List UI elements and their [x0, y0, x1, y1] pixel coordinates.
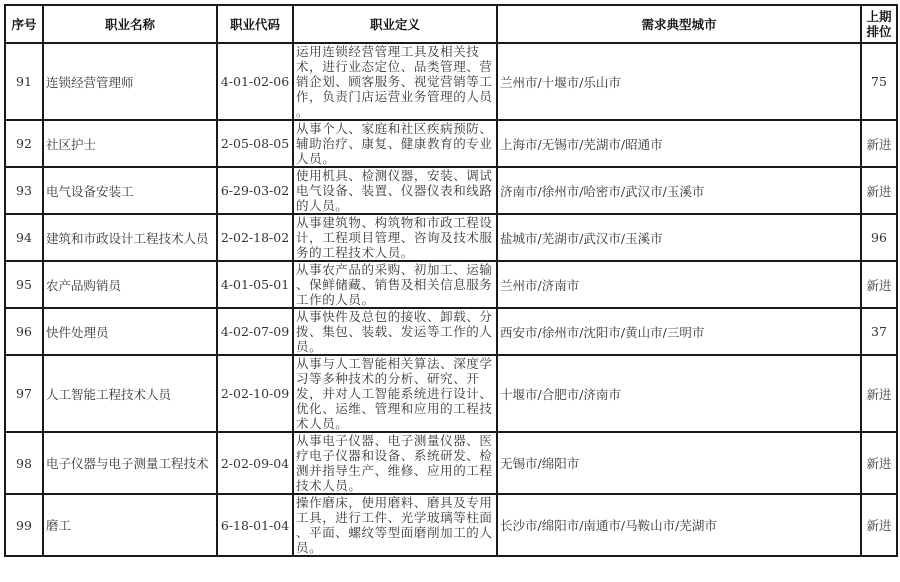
row-occupation-code: 2-02-09-04: [217, 432, 293, 494]
row-definition: 操作磨床，使用磨料、磨具及专用工具，进行工件、光学玻璃等柱面、平面、螺纹等型面磨…: [293, 494, 497, 556]
row-occupation-code: 2-02-10-09: [217, 355, 293, 432]
row-definition: 从事农产品的采购、初加工、运输、保鲜储藏、销售及相关信息服务工作的人员。: [293, 261, 497, 308]
definition-line: 员。: [296, 540, 494, 555]
row-index: 97: [5, 355, 43, 432]
definition-line: 从事个人、家庭和社区疾病预防、: [296, 121, 494, 136]
definition-line: 习等多种技术的分析、研究、开: [296, 371, 494, 386]
row-occupation-name: 社区护士: [43, 120, 217, 167]
row-prev-rank: 96: [861, 214, 897, 261]
row-prev-rank: 新进: [861, 355, 897, 432]
definition-line: 员。: [296, 339, 494, 354]
definition-line: 从事与人工智能相关算法、深度学: [296, 356, 494, 371]
table-row: 94 建筑和市政设计工程技术人员 2-02-18-02 从事建筑物、构筑物和市政…: [5, 214, 897, 261]
row-cities: 盐城市/芜湖市/武汉市/玉溪市: [497, 214, 861, 261]
definition-line: 作，负责门店运营业务管理的人员: [296, 89, 494, 104]
definition-line: 、平面、螺纹等型面磨削加工的人: [296, 525, 494, 540]
header-prev-rank-line2: 排位: [864, 24, 894, 39]
header-row: 序号 职业名称 职业代码 职业定义 需求典型城市 上期 排位: [5, 5, 897, 43]
row-occupation-code: 4-02-07-09: [217, 308, 293, 355]
row-occupation-code: 2-05-08-05: [217, 120, 293, 167]
row-occupation-name: 电气设备安装工: [43, 167, 217, 214]
row-prev-rank: 新进: [861, 120, 897, 167]
row-definition: 从事个人、家庭和社区疾病预防、辅助治疗、康复、健康教育的专业人员。: [293, 120, 497, 167]
table-row: 96 快件处理员 4-02-07-09 从事快件及总包的接收、卸载、分拨、集包、…: [5, 308, 897, 355]
definition-line: 工作的人员。: [296, 292, 494, 307]
header-prev-rank: 上期 排位: [861, 5, 897, 43]
row-prev-rank: 37: [861, 308, 897, 355]
row-prev-rank: 新进: [861, 167, 897, 214]
row-index: 96: [5, 308, 43, 355]
row-index: 98: [5, 432, 43, 494]
definition-line: 拨、集包、装载、发运等工作的人: [296, 324, 494, 339]
header-index: 序号: [5, 5, 43, 43]
header-name: 职业名称: [43, 5, 217, 43]
definition-line: 、保鲜储藏、销售及相关信息服务: [296, 277, 494, 292]
row-cities: 长沙市/绵阳市/南通市/马鞍山市/芜湖市: [497, 494, 861, 556]
row-occupation-name: 农产品购销员: [43, 261, 217, 308]
row-definition: 从事与人工智能相关算法、深度学习等多种技术的分析、研究、开发，并对人工智能系统进…: [293, 355, 497, 432]
row-cities: 兰州市/济南市: [497, 261, 861, 308]
row-index: 93: [5, 167, 43, 214]
row-prev-rank: 75: [861, 43, 897, 120]
definition-line: 人员。: [296, 151, 494, 166]
row-prev-rank: 新进: [861, 494, 897, 556]
row-occupation-name: 人工智能工程技术人员: [43, 355, 217, 432]
definition-line: 的人员。: [296, 198, 494, 213]
definition-line: 疗电子仪器和设备、系统研发、检: [296, 448, 494, 463]
row-definition: 使用机具、检测仪器，安装、调试电气设备、装置、仪器仪表和线路的人员。: [293, 167, 497, 214]
header-cities: 需求典型城市: [497, 5, 861, 43]
row-definition: 从事电子仪器、电子测量仪器、医疗电子仪器和设备、系统研发、检测并指导生产、维修、…: [293, 432, 497, 494]
table-row: 91 连锁经营管理师 4-01-02-06 运用连锁经营管理工具及相关技术，进行…: [5, 43, 897, 120]
row-index: 95: [5, 261, 43, 308]
row-cities: 上海市/无锡市/芜湖市/昭通市: [497, 120, 861, 167]
definition-line: 使用机具、检测仪器，安装、调试: [296, 168, 494, 183]
row-occupation-name: 电子仪器与电子测量工程技术: [43, 432, 217, 494]
row-occupation-name: 磨工: [43, 494, 217, 556]
row-definition: 从事建筑物、构筑物和市政工程设计，工程项目管理、咨询及技术服务的工程技术人员。: [293, 214, 497, 261]
definition-line: 发，并对人工智能系统进行设计、: [296, 386, 494, 401]
definition-line: 术人员。: [296, 416, 494, 431]
row-index: 92: [5, 120, 43, 167]
row-occupation-name: 快件处理员: [43, 308, 217, 355]
definition-line: 术，进行业态定位、品类管理、营: [296, 59, 494, 74]
definition-line: 操作磨床，使用磨料、磨具及专用: [296, 495, 494, 510]
definition-line: 辅助治疗、康复、健康教育的专业: [296, 136, 494, 151]
row-prev-rank: 新进: [861, 432, 897, 494]
definition-line: 从事电子仪器、电子测量仪器、医: [296, 433, 494, 448]
row-occupation-code: 2-02-18-02: [217, 214, 293, 261]
row-occupation-code: 6-29-03-02: [217, 167, 293, 214]
definition-line: 优化、运维、管理和应用的工程技: [296, 401, 494, 416]
row-cities: 西安市/徐州市/沈阳市/黄山市/三明市: [497, 308, 861, 355]
row-index: 91: [5, 43, 43, 120]
row-cities: 兰州市/十堰市/乐山市: [497, 43, 861, 120]
table-row: 93 电气设备安装工 6-29-03-02 使用机具、检测仪器，安装、调试电气设…: [5, 167, 897, 214]
definition-line: 测并指导生产、维修、应用的工程: [296, 463, 494, 478]
row-index: 94: [5, 214, 43, 261]
definition-line: 技术人员。: [296, 478, 494, 493]
row-definition: 从事快件及总包的接收、卸载、分拨、集包、装载、发运等工作的人员。: [293, 308, 497, 355]
row-cities: 无锡市/绵阳市: [497, 432, 861, 494]
row-cities: 十堰市/合肥市/济南市: [497, 355, 861, 432]
definition-line: 销企划、顾客服务、视觉营销等工: [296, 74, 494, 89]
definition-line: 务的工程技术人员。: [296, 245, 494, 260]
definition-line: 从事建筑物、构筑物和市政工程设: [296, 215, 494, 230]
definition-line: 计，工程项目管理、咨询及技术服: [296, 230, 494, 245]
table-row: 98 电子仪器与电子测量工程技术 2-02-09-04 从事电子仪器、电子测量仪…: [5, 432, 897, 494]
row-prev-rank: 新进: [861, 261, 897, 308]
row-occupation-name: 连锁经营管理师: [43, 43, 217, 120]
header-prev-rank-line1: 上期: [864, 9, 894, 24]
table-row: 95 农产品购销员 4-01-05-01 从事农产品的采购、初加工、运输、保鲜储…: [5, 261, 897, 308]
row-occupation-code: 4-01-05-01: [217, 261, 293, 308]
row-definition: 运用连锁经营管理工具及相关技术，进行业态定位、品类管理、营销企划、顾客服务、视觉…: [293, 43, 497, 120]
row-occupation-name: 建筑和市政设计工程技术人员: [43, 214, 217, 261]
occupation-table: 序号 职业名称 职业代码 职业定义 需求典型城市 上期 排位 91 连锁经营管理…: [4, 4, 898, 557]
header-definition: 职业定义: [293, 5, 497, 43]
row-index: 99: [5, 494, 43, 556]
definition-line: 从事农产品的采购、初加工、运输: [296, 262, 494, 277]
row-cities: 济南市/徐州市/哈密市/武汉市/玉溪市: [497, 167, 861, 214]
table-row: 99 磨工 6-18-01-04 操作磨床，使用磨料、磨具及专用工具，进行工件、…: [5, 494, 897, 556]
definition-line: 工具，进行工件、光学玻璃等柱面: [296, 510, 494, 525]
definition-line: 电气设备、装置、仪器仪表和线路: [296, 183, 494, 198]
definition-line: 运用连锁经营管理工具及相关技: [296, 44, 494, 59]
row-occupation-code: 4-01-02-06: [217, 43, 293, 120]
table-row: 92 社区护士 2-05-08-05 从事个人、家庭和社区疾病预防、辅助治疗、康…: [5, 120, 897, 167]
definition-line: 从事快件及总包的接收、卸载、分: [296, 309, 494, 324]
header-code: 职业代码: [217, 5, 293, 43]
definition-line: 。: [296, 104, 494, 119]
table-row: 97 人工智能工程技术人员 2-02-10-09 从事与人工智能相关算法、深度学…: [5, 355, 897, 432]
row-occupation-code: 6-18-01-04: [217, 494, 293, 556]
